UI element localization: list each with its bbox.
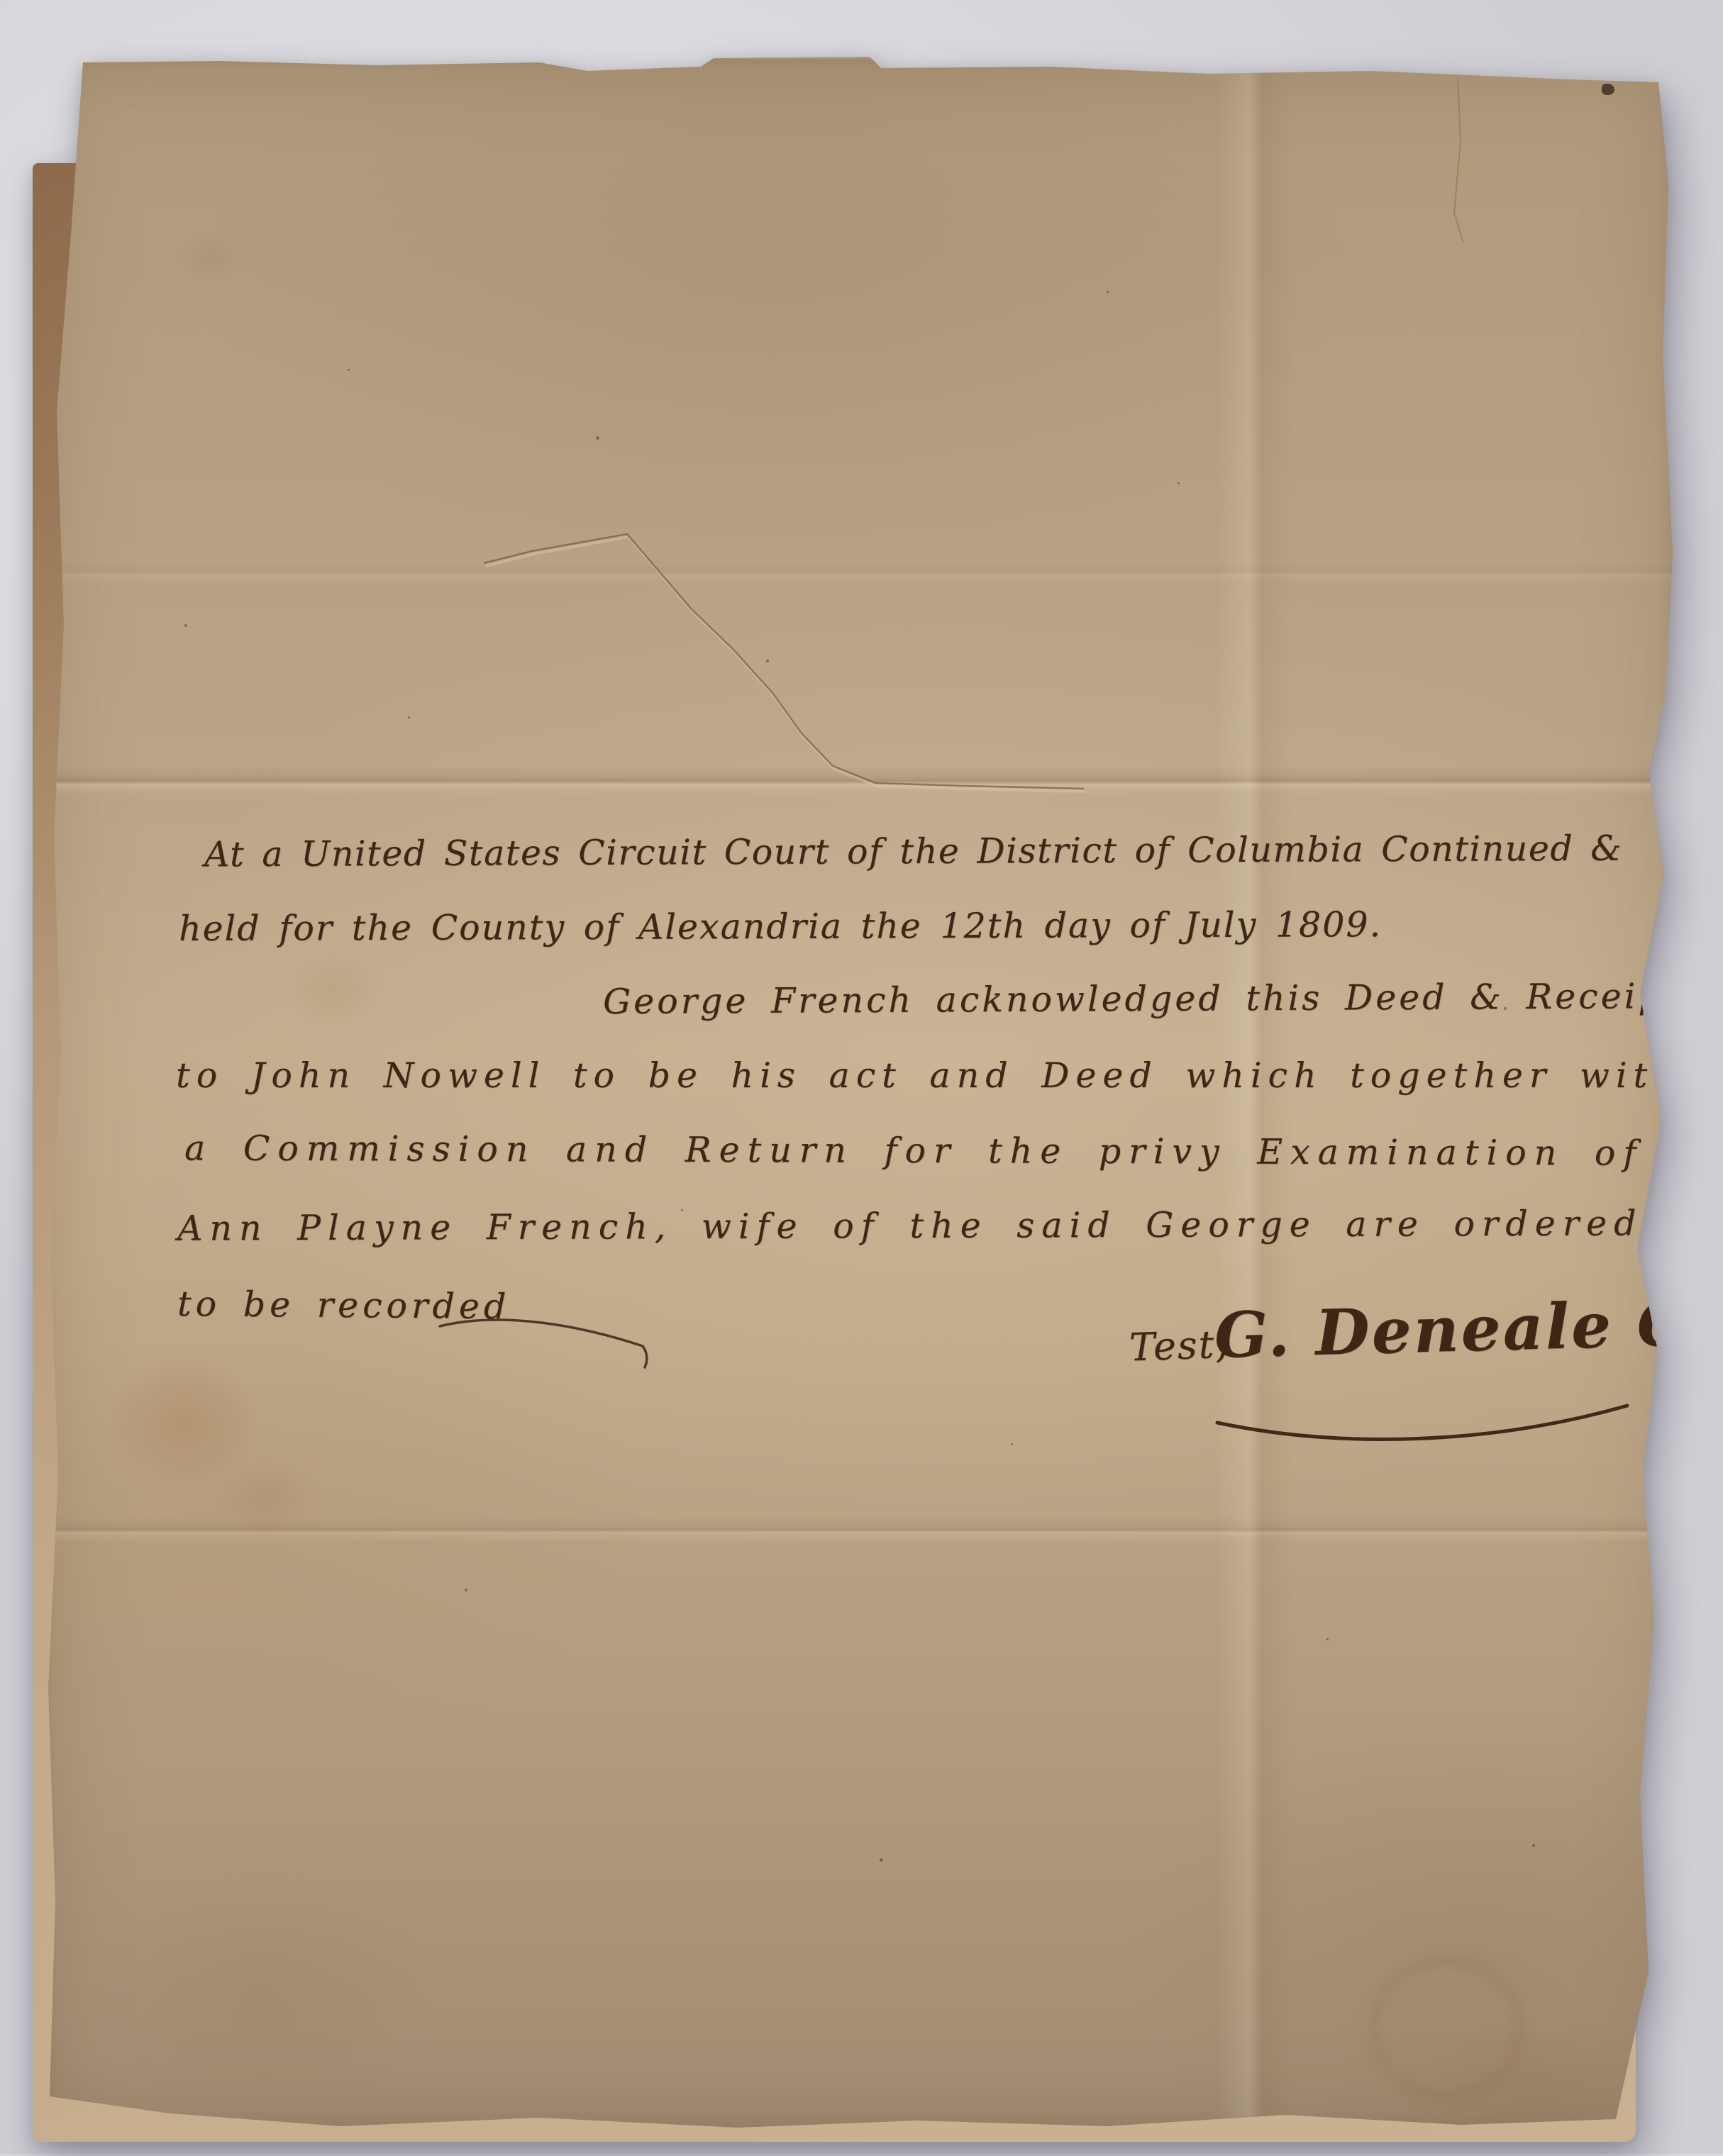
- vertical-crease: [1217, 57, 1295, 2128]
- ink-speck: [184, 624, 187, 627]
- paper-stack: At a United States Circuit Court of the …: [0, 0, 1723, 2154]
- attestation-label: Test,: [1129, 1322, 1229, 1370]
- manuscript-line-2: held for the County of Alexandria the 12…: [179, 904, 1382, 949]
- fold-crease: [43, 766, 1674, 796]
- stain: [85, 1865, 440, 2121]
- ink-speck: [348, 369, 350, 371]
- stain: [106, 1355, 262, 1489]
- photo-background: At a United States Circuit Court of the …: [0, 0, 1723, 2154]
- ink-speck: [766, 660, 769, 662]
- fold-crease: [43, 562, 1674, 583]
- ink-speck: [465, 1589, 467, 1591]
- ink-speck: [1504, 1007, 1507, 1010]
- ink-speck: [596, 436, 599, 440]
- tear-highlight: [485, 537, 1085, 791]
- manuscript-line-1: At a United States Circuit Court of the …: [204, 828, 1623, 875]
- manuscript-line-5: a Commission and Return for the privy Ex…: [184, 1128, 1644, 1173]
- manuscript-line-3: George French acknowledged this Deed & R…: [603, 976, 1680, 1022]
- manuscript-line-7: to be recorded: [177, 1284, 511, 1327]
- ink-blot: [1602, 84, 1614, 95]
- manuscript-page: At a United States Circuit Court of the …: [43, 57, 1674, 2128]
- ink-speck: [1011, 1443, 1013, 1445]
- ink-speck: [1532, 1844, 1535, 1847]
- tear-line: [484, 534, 1084, 789]
- signature-underline: [1217, 1406, 1627, 1439]
- stain-ring: [1341, 1929, 1553, 2128]
- ink-speck: [880, 1858, 883, 1862]
- ink-speck: [1178, 482, 1180, 484]
- tear-and-flourishes: [43, 57, 1674, 2128]
- ink-speck: [1326, 1638, 1329, 1640]
- stain: [177, 234, 241, 284]
- ink-speck: [1107, 291, 1109, 293]
- edge-crack: [1454, 78, 1463, 243]
- stain: [213, 1454, 319, 1539]
- ink-speck: [681, 1209, 683, 1211]
- manuscript-line-6: Ann Playne French, wife of the said Geor…: [177, 1203, 1644, 1248]
- fold-crease: [43, 1516, 1674, 1542]
- manuscript-line-4: to John Nowell to be his act and Deed wh…: [176, 1055, 1683, 1096]
- recorded-flourish: [440, 1320, 647, 1367]
- ink-speck: [408, 716, 410, 718]
- clerk-signature: G. Deneale C: [1214, 1286, 1690, 1372]
- stain: [284, 950, 383, 1028]
